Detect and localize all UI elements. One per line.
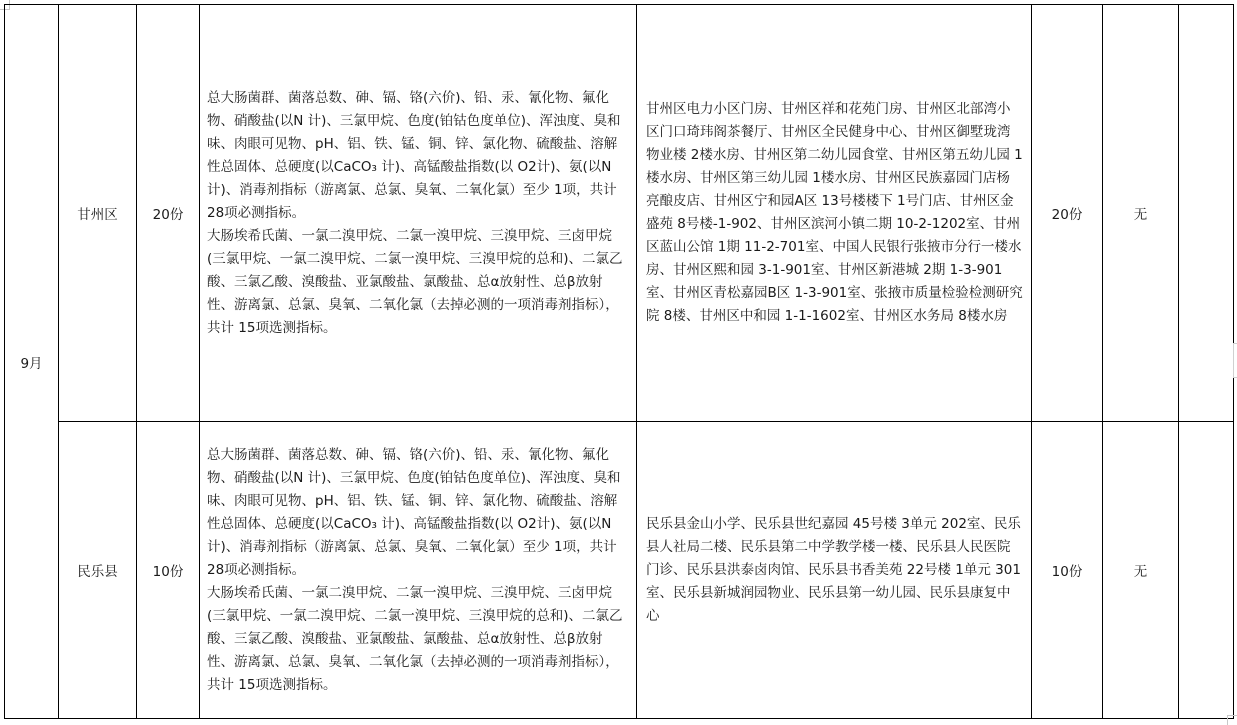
sampling-locations-cell: 民乐县金山小学、民乐县世纪嘉园 45号楼 3单元 202室、民乐县人社局二楼、民…: [637, 422, 1032, 719]
plan-count-cell: 20份: [137, 5, 200, 422]
sampling-locations-cell: 甘州区电力小区门房、甘州区祥和花苑门房、甘州区北部湾小区门口琦玮阁茶餐厅、甘州区…: [637, 5, 1032, 422]
district-cell: 民乐县: [59, 422, 137, 719]
extra-cell: [1179, 422, 1234, 719]
optional-items-text: 大肠埃希氏菌、一氯二溴甲烷、二氯一溴甲烷、三溴甲烷、三卤甲烷(三氯甲烷、一氯二溴…: [207, 582, 628, 697]
district-cell: 甘州区: [59, 5, 137, 422]
page-corner-mark: [1227, 715, 1237, 725]
month-cell: 9月: [5, 5, 59, 719]
table-row: 民乐县 10份 总大肠菌群、菌落总数、砷、镉、铬(六价)、铅、汞、氰化物、氟化物…: [5, 422, 1234, 719]
optional-items-text: 大肠埃希氏菌、一氯二溴甲烷、二氯一溴甲烷、三溴甲烷、三卤甲烷(三氯甲烷、一氯二溴…: [207, 225, 628, 340]
page-edge-mark: [1233, 343, 1237, 378]
plan-count-cell: 10份: [137, 422, 200, 719]
test-items-cell: 总大肠菌群、菌落总数、砷、镉、铬(六价)、铅、汞、氰化物、氟化物、硝酸盐(以N …: [200, 5, 637, 422]
table-row: 9月 甘州区 20份 总大肠菌群、菌落总数、砷、镉、铬(六价)、铅、汞、氰化物、…: [5, 5, 1234, 422]
required-items-text: 总大肠菌群、菌落总数、砷、镉、铬(六价)、铅、汞、氰化物、氟化物、硝酸盐(以N …: [207, 87, 628, 225]
remark-cell: 无: [1103, 5, 1179, 422]
actual-count-cell: 10份: [1032, 422, 1103, 719]
extra-cell: [1179, 5, 1234, 422]
remark-cell: 无: [1103, 422, 1179, 719]
sampling-schedule-table: 9月 甘州区 20份 总大肠菌群、菌落总数、砷、镉、铬(六价)、铅、汞、氰化物、…: [4, 4, 1234, 719]
test-items-cell: 总大肠菌群、菌落总数、砷、镉、铬(六价)、铅、汞、氰化物、氟化物、硝酸盐(以N …: [200, 422, 637, 719]
required-items-text: 总大肠菌群、菌落总数、砷、镉、铬(六价)、铅、汞、氰化物、氟化物、硝酸盐(以N …: [207, 444, 628, 582]
actual-count-cell: 20份: [1032, 5, 1103, 422]
